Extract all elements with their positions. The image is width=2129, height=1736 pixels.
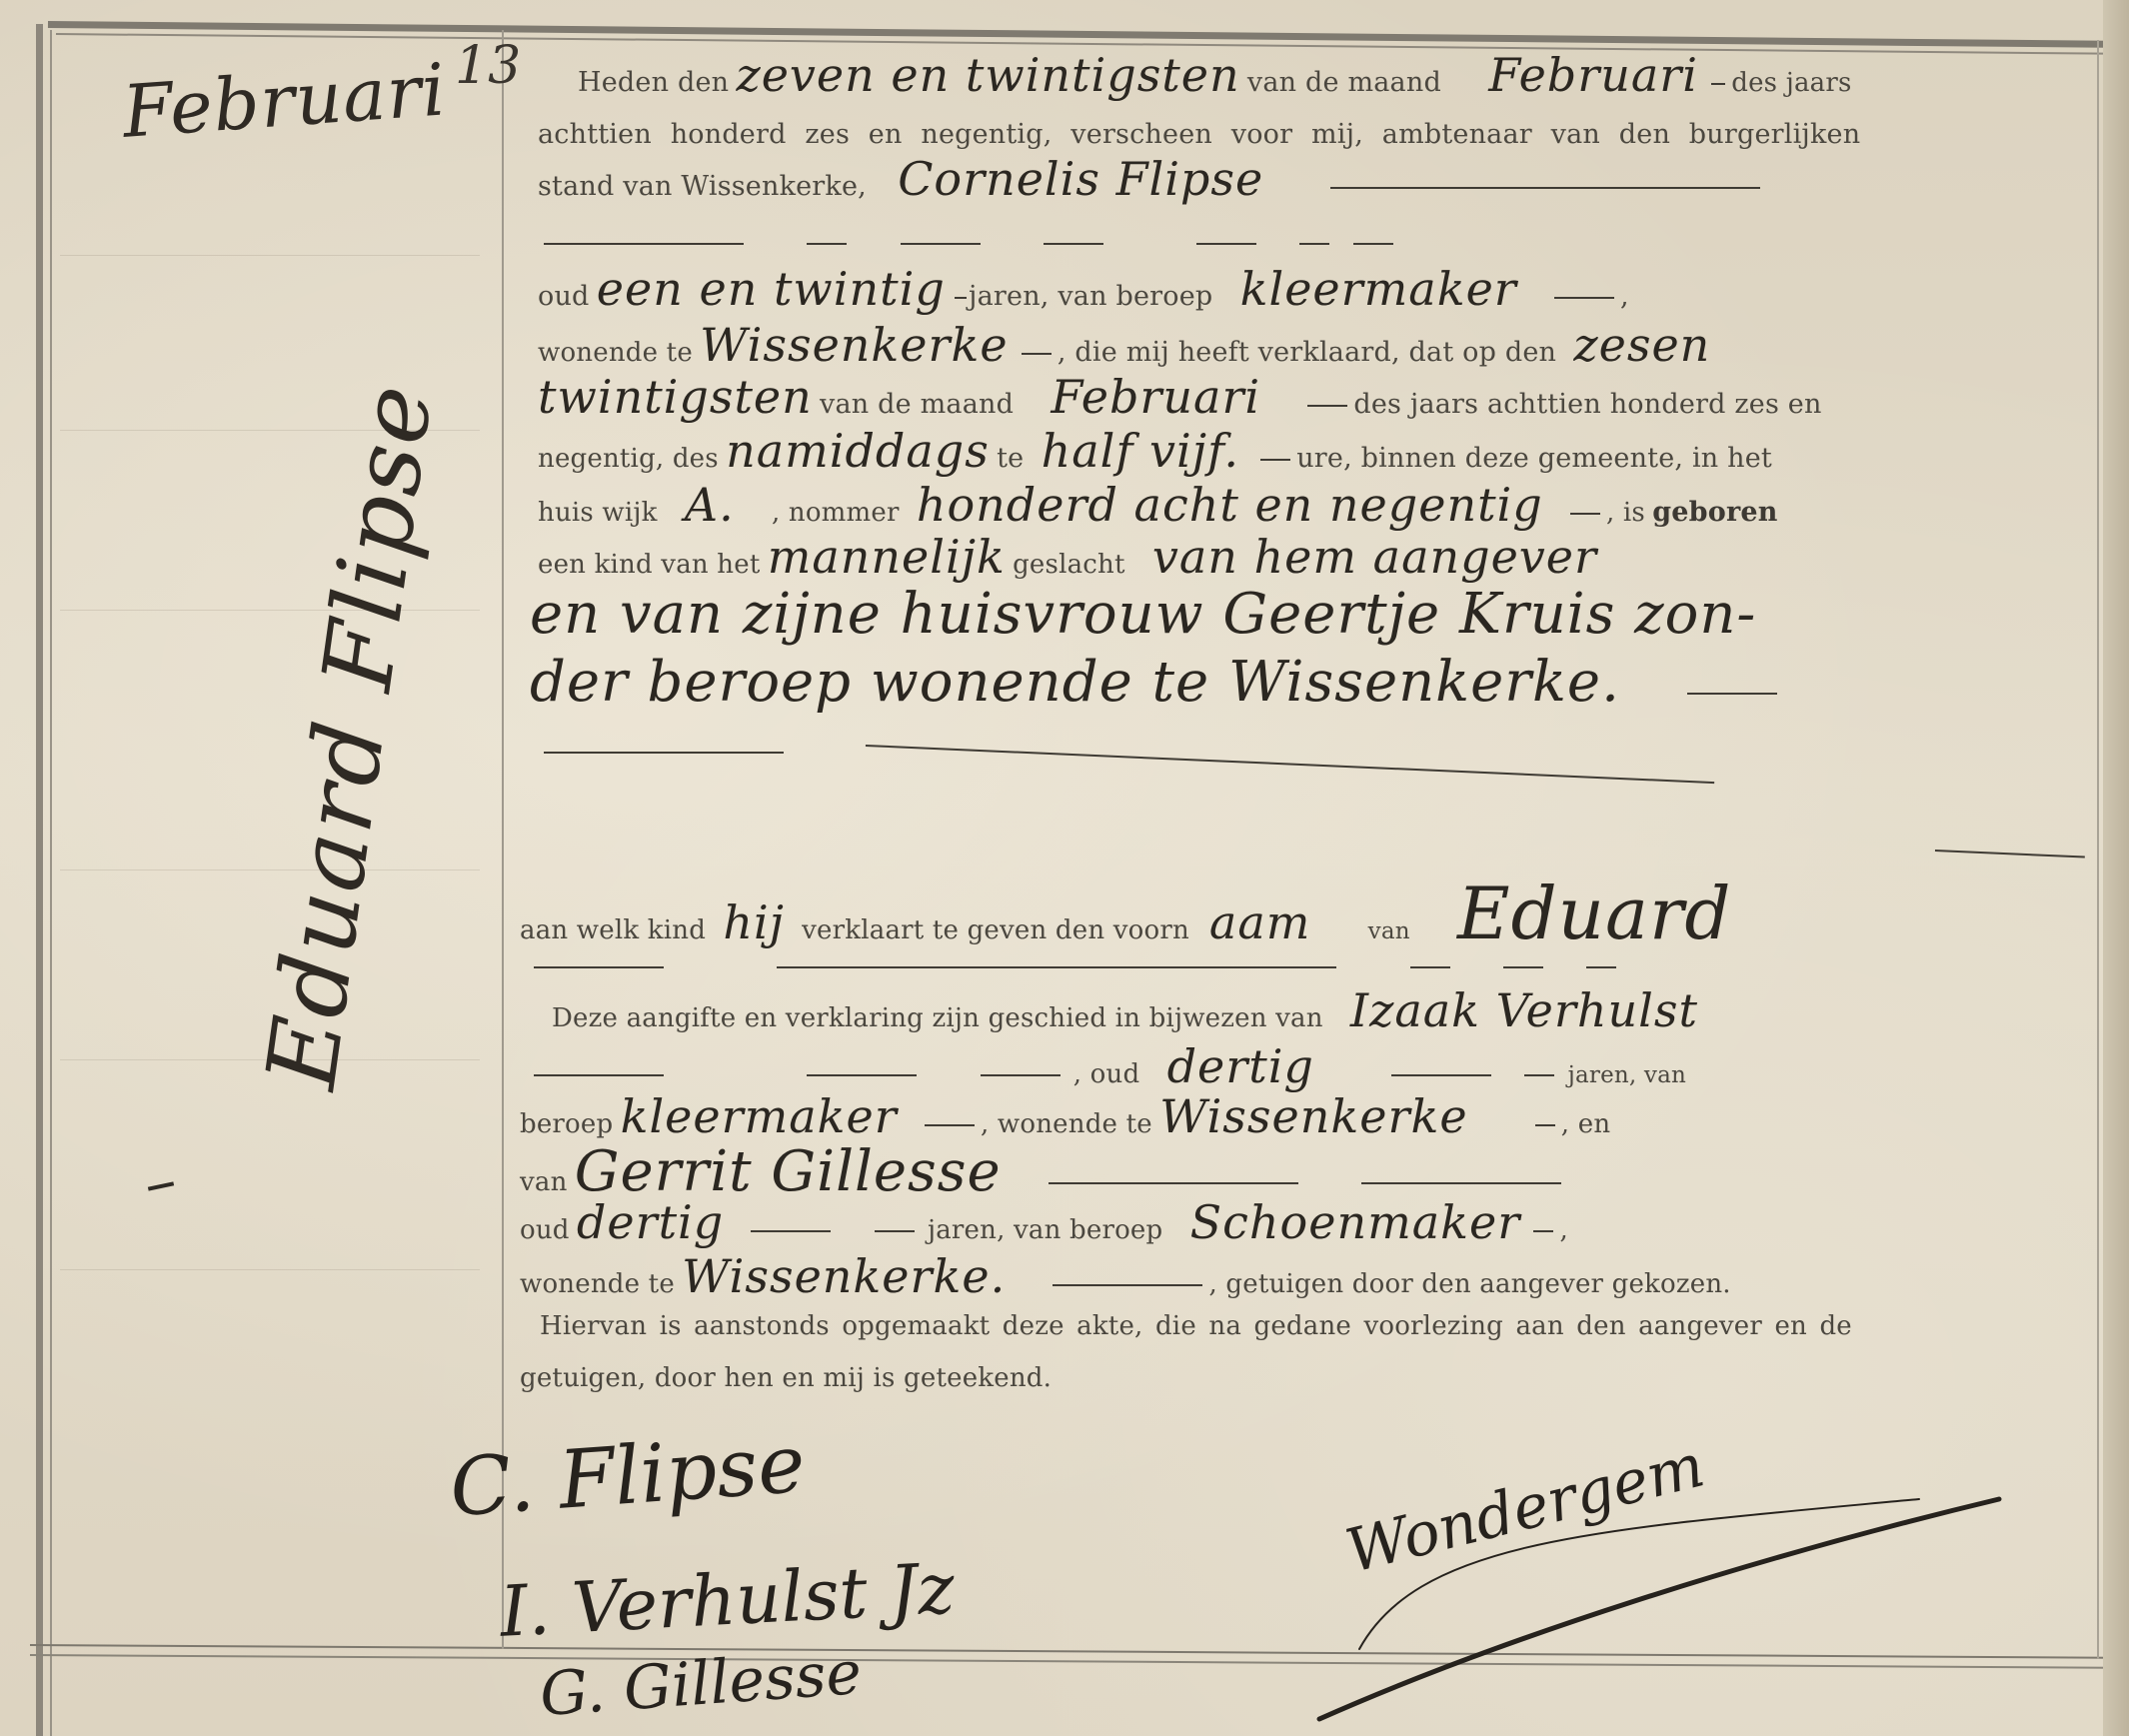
blank-fill-line (1935, 850, 2085, 859)
text-line-14: , oud dertig jaren, van (528, 1039, 1686, 1093)
printed-text: oud (538, 281, 590, 312)
show-through-line (60, 1269, 480, 1270)
frame-rule-right (2097, 40, 2099, 1659)
text-line-9: een kind van het mannelijk geslacht van … (538, 530, 1597, 584)
printed-text: beroep (520, 1109, 613, 1139)
handwritten-hour: half vijf. (1042, 424, 1239, 478)
margin-month: Februari (120, 47, 449, 153)
show-through-line (60, 869, 480, 870)
printed-text-geboren: geboren (1652, 497, 1777, 528)
handwritten-parentage: van hem aangever (1152, 530, 1597, 584)
handwritten-mother: en van zijne huisvrouw Geertje Kruis zon… (530, 582, 1756, 647)
printed-text: achttien honderd zes en negentig, versch… (538, 119, 1860, 150)
printed-text: stand van Wissenkerke, (538, 171, 867, 202)
show-through-line (60, 255, 480, 256)
page-edge (2103, 0, 2129, 1736)
printed-text: , en (1561, 1109, 1610, 1139)
text-line-17: oud dertig jaren, van beroep Schoenmaker… (520, 1195, 1568, 1249)
handwritten-day: zeven en twintigsten (736, 48, 1239, 102)
printed-text: , (1559, 1215, 1567, 1245)
handwritten-time-of-day: namiddags (726, 424, 990, 478)
printed-text: van (520, 1167, 568, 1197)
handwritten-witness2-occupation: Schoenmaker (1190, 1195, 1521, 1249)
printed-text: des jaars (1731, 68, 1851, 98)
printed-text: van (1368, 918, 1410, 944)
printed-text: , is (1606, 498, 1645, 528)
handwritten-ward: A. (685, 478, 735, 532)
frame-rule-left (36, 24, 43, 1736)
printed-text: getuigen, door hen en mij is geteekend. (520, 1363, 1052, 1393)
printed-text: , (1620, 281, 1629, 312)
handwritten-birth-month: Februari (1051, 370, 1260, 424)
signature-flourish (1299, 1479, 2019, 1736)
margin-child-name: Eduard Flipse (245, 377, 455, 1095)
handwritten-declarant-name: Cornelis Flipse (898, 152, 1263, 206)
handwritten-witness2-age: dertig (577, 1195, 724, 1249)
printed-text: , oud (1073, 1059, 1140, 1089)
text-line-19: Hiervan is aanstonds opgemaakt deze akte… (540, 1309, 1852, 1342)
printed-text: huis wijk (538, 498, 658, 528)
entry-number: 13 (455, 36, 521, 96)
handwritten-residence: Wissenkerke (700, 318, 1008, 372)
text-line-6: twintigsten van de maand Februari des ja… (538, 370, 1822, 424)
handwritten-month: Februari (1488, 48, 1698, 102)
printed-text: negentig, des (538, 444, 719, 474)
handwritten-child-name: Eduard (1457, 871, 1731, 955)
printed-text: wonende te (520, 1269, 675, 1299)
printed-text: jaren, van (1568, 1062, 1686, 1088)
handwritten-declarant-pronoun: hij (723, 895, 785, 949)
handwritten-occupation: kleermaker (1240, 262, 1517, 316)
handwritten-witness1-residence: Wissenkerke (1159, 1089, 1467, 1143)
frame-rule-left-inner (50, 30, 52, 1736)
margin-dash (148, 1181, 174, 1190)
text-line-5: wonende te Wissenkerke , die mij heeft v… (538, 318, 1710, 372)
text-line-2: achttien honderd zes en negentig, versch… (538, 118, 1860, 151)
printed-text: van de maand (820, 389, 1014, 420)
printed-text: jaren, van beroep (969, 281, 1212, 312)
text-line-8: huis wijk A. , nommer honderd acht en ne… (538, 478, 1778, 532)
text-line-20: getuigen, door hen en mij is geteekend. (520, 1361, 1052, 1394)
signature-witness1: I. Verhulst Jz (498, 1547, 957, 1653)
printed-text: , nommer (772, 498, 900, 528)
printed-text: , die mij heeft verklaard, dat op den (1058, 337, 1556, 368)
text-line-3: stand van Wissenkerke, Cornelis Flipse (538, 152, 1766, 206)
printed-text: des jaars achttien honderd zes en (1353, 389, 1821, 420)
text-line-18: wonende te Wissenkerke. , getuigen door … (520, 1249, 1731, 1303)
printed-text: te (997, 443, 1024, 474)
handwritten-house-number: honderd acht en negentig (917, 478, 1543, 532)
blank-fill-line (528, 949, 1622, 982)
printed-text: aan welk kind (520, 915, 706, 945)
printed-text: , wonende te (981, 1109, 1152, 1139)
handwritten-name-suffix: aam (1209, 895, 1310, 949)
handwritten-witness1-name: Izaak Verhulst (1350, 983, 1698, 1037)
printed-text: Hiervan is aanstonds opgemaakt deze akte… (540, 1311, 1852, 1341)
printed-text: oud (520, 1215, 570, 1245)
blank-fill-line (866, 745, 1714, 784)
handwritten-age: een en twintig (597, 262, 946, 316)
printed-text: ure, binnen deze gemeente, in het (1296, 443, 1772, 474)
printed-text: Heden den (578, 67, 729, 98)
text-line-11: der beroep wonende te Wissenkerke. (530, 650, 1783, 715)
printed-text: van de maand (1247, 67, 1441, 98)
printed-text: verklaart te geven den voorn (802, 915, 1189, 945)
blank-fill-line (538, 226, 1399, 259)
handwritten-witness1-age: dertig (1167, 1039, 1314, 1093)
text-line-1: Heden den zeven en twintigsten van de ma… (578, 48, 1852, 102)
printed-text: een kind van het (538, 550, 761, 580)
handwritten-sex: mannelijk (768, 530, 1006, 584)
register-page: 13 Februari Eduard Flipse Heden den zeve… (0, 0, 2129, 1736)
signature-witness2: G. Gillesse (538, 1638, 864, 1730)
handwritten-witness1-occupation: kleermaker (621, 1089, 898, 1143)
printed-text: , getuigen door den aangever gekozen. (1208, 1269, 1730, 1299)
handwritten-birth-day-cont: twintigsten (538, 370, 813, 424)
text-line-13: Deze aangifte en verklaring zijn geschie… (552, 983, 1698, 1037)
margin-column-divider (502, 30, 504, 1649)
handwritten-witness2-residence: Wissenkerke. (682, 1249, 1006, 1303)
handwritten-mother-residence: der beroep wonende te Wissenkerke. (530, 650, 1620, 715)
text-line-10: en van zijne huisvrouw Geertje Kruis zon… (530, 582, 1756, 647)
printed-text: jaren, van beroep (928, 1215, 1162, 1245)
text-line-7: negentig, des namiddags te half vijf. ur… (538, 424, 1772, 478)
printed-text: wonende te (538, 338, 693, 368)
text-line-15: beroep kleermaker , wonende te Wissenker… (520, 1089, 1610, 1143)
printed-text: geslacht (1013, 550, 1125, 580)
printed-text: Deze aangifte en verklaring zijn geschie… (552, 1003, 1323, 1033)
text-line-12: aan welk kind hij verklaart te geven den… (520, 871, 1731, 955)
text-line-4: oud een en twintig jaren, van beroep kle… (538, 262, 1629, 316)
handwritten-birth-day: zesen (1573, 318, 1710, 372)
blank-fill-line (538, 735, 790, 768)
